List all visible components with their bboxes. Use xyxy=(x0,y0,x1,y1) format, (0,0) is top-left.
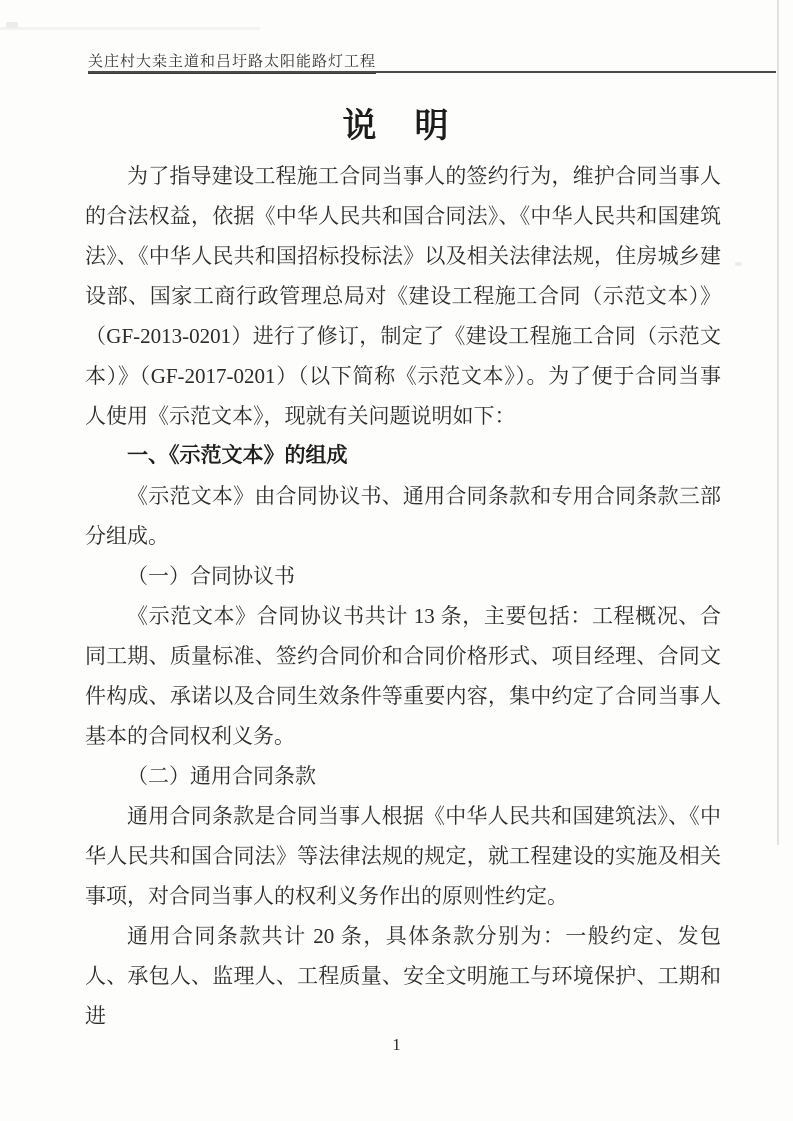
paragraph: 为了指导建设工程施工合同当事人的签约行为，维护合同当事人的合法权益，依据《中华人… xyxy=(85,156,721,436)
scan-artifact-top-band xyxy=(0,27,260,30)
paragraph: 《示范文本》合同协议书共计 13 条，主要包括：工程概况、合同工期、质量标准、签… xyxy=(85,596,721,756)
section-heading: 一、《示范文本》的组成 xyxy=(85,436,721,476)
paragraph: 《示范文本》由合同协议书、通用合同条款和专用合同条款三部分组成。 xyxy=(85,476,721,556)
document-body: 为了指导建设工程施工合同当事人的签约行为，维护合同当事人的合法权益，依据《中华人… xyxy=(85,156,721,1036)
paragraph: 通用合同条款共计 20 条，具体条款分别为：一般约定、发包人、承包人、监理人、工… xyxy=(85,916,721,1036)
paragraph: 通用合同条款是合同当事人根据《中华人民共和国建筑法》、《中华人民共和国合同法》等… xyxy=(85,796,721,916)
page-number: 1 xyxy=(0,1035,793,1055)
document-title: 说 明 xyxy=(0,98,793,147)
header-rule xyxy=(88,71,776,73)
paragraph: （一）合同协议书 xyxy=(85,556,721,596)
document-page: 关庄村大桒主道和吕圩路太阳能路灯工程 说 明 为了指导建设工程施工合同当事人的签… xyxy=(0,0,793,1121)
scan-artifact-top-left xyxy=(6,22,18,28)
scan-artifact-speck xyxy=(735,262,742,266)
paragraph: （二）通用合同条款 xyxy=(85,756,721,796)
